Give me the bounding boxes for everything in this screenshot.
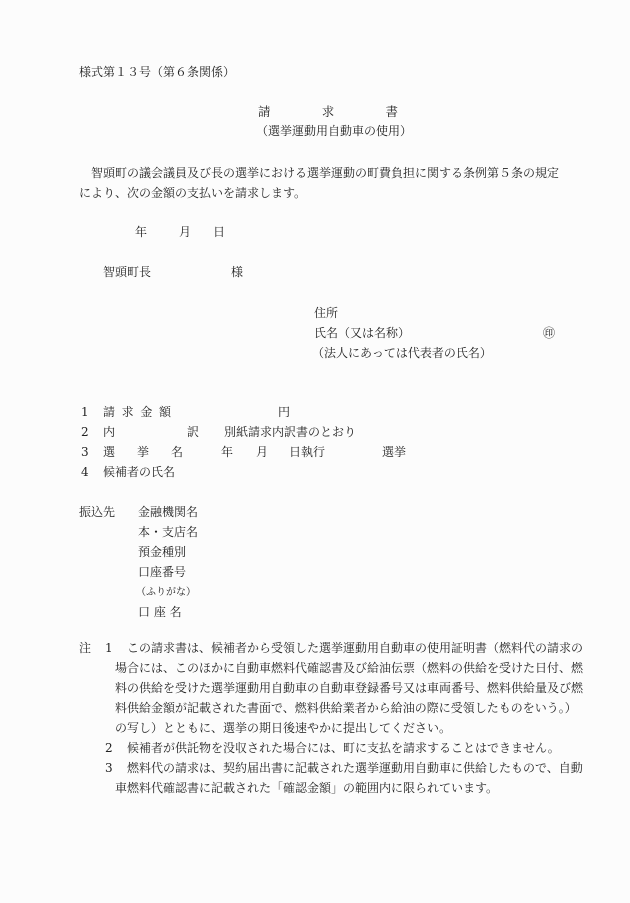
notes-heading: 注 bbox=[79, 640, 91, 656]
corporate-note: （法人にあっては代表者の氏名） bbox=[312, 345, 492, 361]
seal-icon: ㊞ bbox=[543, 325, 555, 341]
item-number: 4 bbox=[81, 464, 89, 480]
election-year: 年 bbox=[221, 444, 233, 460]
label-char: 額 bbox=[159, 404, 171, 420]
title-char: 求 bbox=[322, 104, 335, 120]
note-number: 1 bbox=[105, 640, 113, 656]
note-line: この請求書は、候補者から受領した選挙運動用自動車の使用証明書（燃料代の請求の bbox=[127, 640, 583, 656]
label-char: 訳 bbox=[187, 424, 199, 440]
month-label: 月 bbox=[179, 224, 213, 240]
item-label-breakdown: 内 訳 bbox=[103, 424, 199, 440]
document-title: 請 求 書 bbox=[258, 104, 398, 120]
day-label: 日 bbox=[213, 224, 225, 240]
note-line: 場合には、このほかに自動車燃料代確認書及び給油伝票（燃料の供給を受けた日付、燃 bbox=[115, 660, 583, 676]
title-char: 書 bbox=[385, 104, 398, 120]
note-number: 2 bbox=[105, 740, 113, 756]
item-label-candidate-name: 候補者の氏名 bbox=[103, 464, 175, 480]
transfer-label: 振込先 bbox=[79, 504, 115, 520]
account-holder-label: 口 座 名 bbox=[138, 604, 182, 620]
election-day-held: 日執行 bbox=[289, 444, 325, 460]
label-char: 内 bbox=[103, 424, 115, 440]
title-char: 請 bbox=[258, 104, 271, 120]
note-line: 候補者が供託物を没収された場合には、町に支払を請求することはできません。 bbox=[127, 740, 560, 756]
election-suffix: 選挙 bbox=[382, 444, 406, 460]
election-month: 月 bbox=[256, 444, 268, 460]
note-line: の写し）とともに、選挙の期日後速やかに提出してください。 bbox=[115, 720, 451, 736]
item-value-yen: 円 bbox=[278, 404, 290, 420]
furigana-label: （ふりがな） bbox=[136, 585, 196, 601]
label-char: 金 bbox=[140, 404, 152, 420]
branch-name-label: 本・支店名 bbox=[138, 524, 198, 540]
note-line: 車燃料代確認書に記載された「確認金額」の範囲内に限られています。 bbox=[115, 780, 498, 796]
item-number: 2 bbox=[81, 424, 89, 440]
label-char: 名 bbox=[171, 444, 183, 460]
document-subtitle: （選挙運動用自動車の使用） bbox=[256, 123, 412, 139]
account-number-label: 口座番号 bbox=[138, 564, 186, 580]
label-char: 求 bbox=[122, 404, 134, 420]
date-line: 年月日 bbox=[135, 224, 225, 240]
item-number: 3 bbox=[81, 444, 89, 460]
addressee-name: 智頭町長 bbox=[103, 264, 151, 280]
note-line: 燃料代の請求は、契約届出書に記載された選挙運動用自動車に供給したもので、自動 bbox=[127, 760, 583, 776]
item-label-election-name: 選 挙 名 bbox=[103, 444, 183, 460]
address-label: 住所 bbox=[314, 305, 338, 321]
label-char: 挙 bbox=[137, 444, 149, 460]
name-label: 氏名（又は名称） bbox=[314, 325, 410, 341]
item-number: 1 bbox=[81, 404, 89, 420]
form-number: 様式第１３号（第６条関係） bbox=[79, 64, 235, 80]
account-type-label: 預金種別 bbox=[138, 544, 186, 560]
addressee-honorific: 様 bbox=[231, 264, 243, 280]
label-char: 選 bbox=[103, 444, 115, 460]
item-label-claim-amount: 請 求 金 額 bbox=[103, 404, 171, 420]
bank-name-label: 金融機関名 bbox=[138, 504, 198, 520]
year-label: 年 bbox=[135, 224, 179, 240]
item-value-breakdown: 別紙請求内訳書のとおり bbox=[224, 424, 356, 440]
note-number: 3 bbox=[105, 760, 113, 776]
label-char: 請 bbox=[103, 404, 115, 420]
body-paragraph: 智頭町の議会議員及び長の選挙における選挙運動の町費負担に関する条例第５条の規定に… bbox=[79, 163, 569, 203]
note-line: 料の供給を受けた選挙運動用自動車の自動車登録番号又は車両番号、燃料供給量及び燃 bbox=[115, 680, 583, 696]
note-line: 料供給金額が記載された書面で、燃料供給業者から給油の際に受領したものをいう。） bbox=[115, 700, 577, 716]
